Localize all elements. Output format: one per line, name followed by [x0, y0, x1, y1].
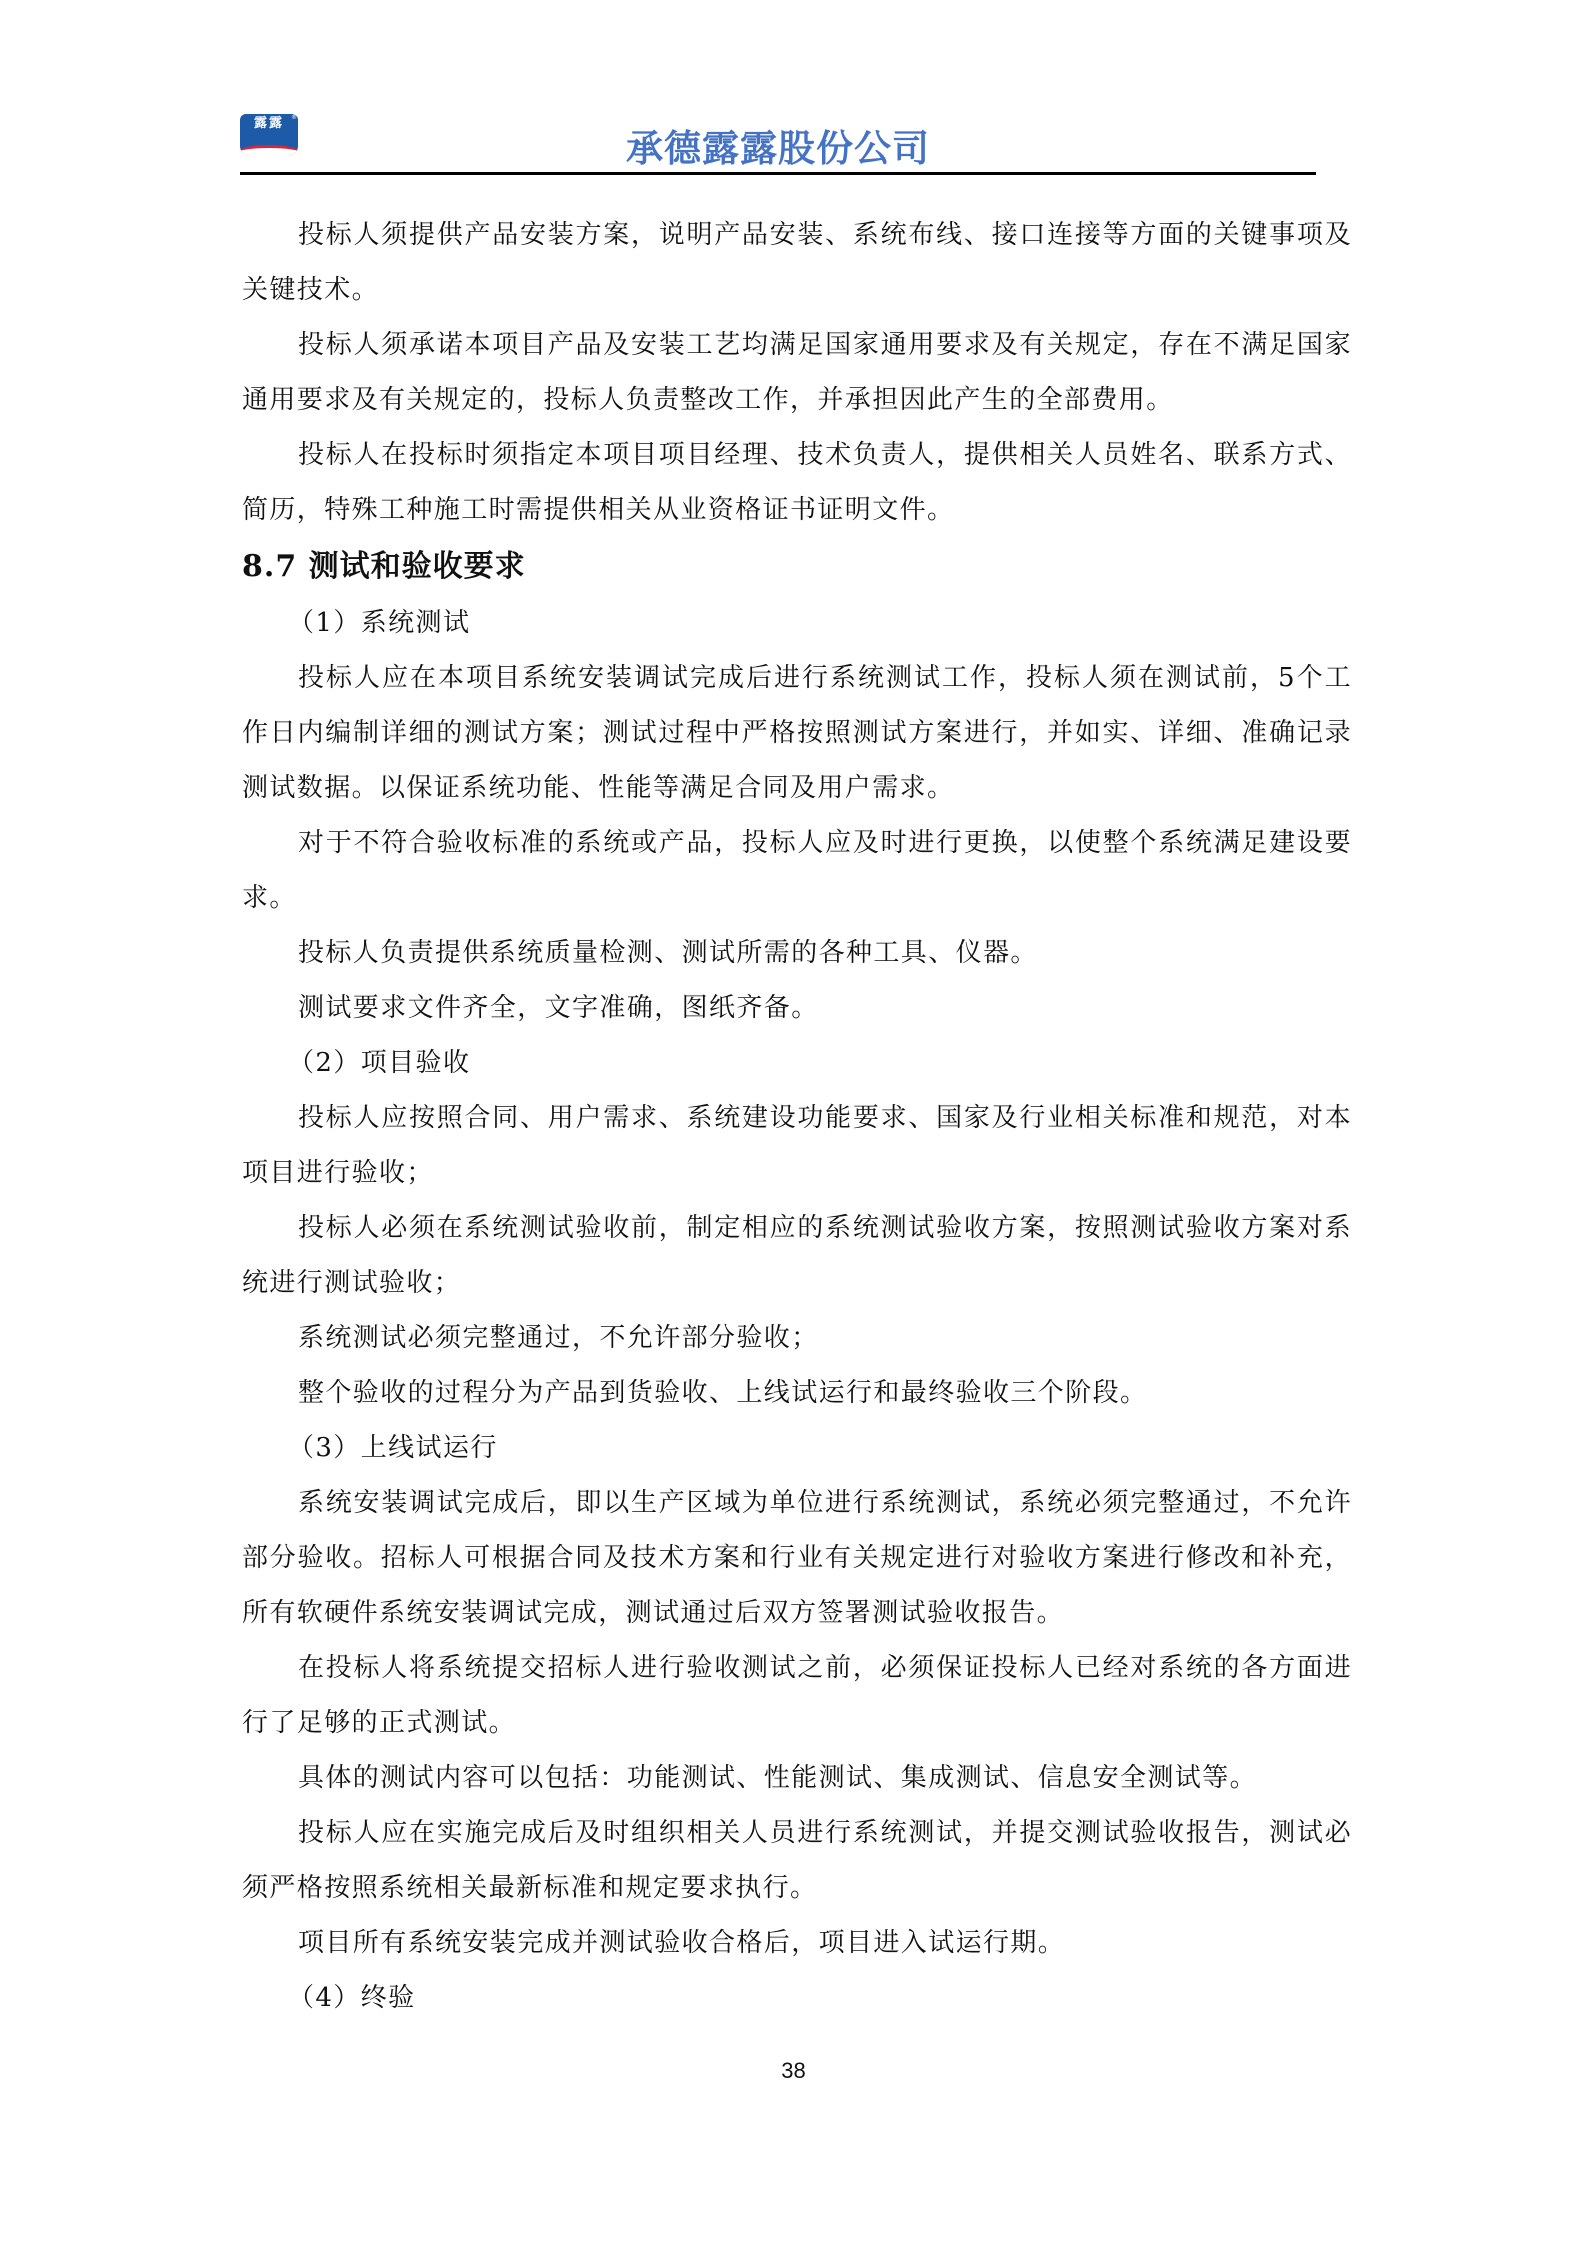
paragraph: 测试要求文件齐全，文字准确，图纸齐备。 — [242, 981, 1352, 1036]
page-header: 露露 ® 承德露露股份公司 — [240, 100, 1316, 180]
section-heading: 8.7 测试和验收要求 — [242, 538, 1352, 596]
paragraph: 整个验收的过程分为产品到货验收、上线试运行和最终验收三个阶段。 — [242, 1366, 1352, 1421]
paragraph: 项目所有系统安装完成并测试验收合格后，项目进入试运行期。 — [242, 1916, 1352, 1971]
paragraph: 投标人须承诺本项目产品及安装工艺均满足国家通用要求及有关规定，存在不满足国家通用… — [242, 318, 1352, 428]
page-number: 38 — [0, 2058, 1587, 2084]
header-divider — [240, 172, 1316, 175]
paragraph: 在投标人将系统提交招标人进行验收测试之前，必须保证投标人已经对系统的各方面进行了… — [242, 1641, 1352, 1751]
paragraph: 对于不符合验收标准的系统或产品，投标人应及时进行更换，以使整个系统满足建设要求。 — [242, 816, 1352, 926]
paragraph: 投标人须提供产品安装方案，说明产品安装、系统布线、接口连接等方面的关键事项及关键… — [242, 208, 1352, 318]
subsection-heading: （4）终验 — [242, 1971, 1352, 2026]
paragraph: 投标人在投标时须指定本项目项目经理、技术负责人，提供相关人员姓名、联系方式、简历… — [242, 428, 1352, 538]
paragraph: 系统安装调试完成后，即以生产区域为单位进行系统测试，系统必须完整通过，不允许部分… — [242, 1476, 1352, 1641]
paragraph: 具体的测试内容可以包括：功能测试、性能测试、集成测试、信息安全测试等。 — [242, 1751, 1352, 1806]
paragraph: 系统测试必须完整通过，不允许部分验收； — [242, 1311, 1352, 1366]
subsection-heading: （3）上线试运行 — [242, 1421, 1352, 1476]
paragraph: 投标人应在实施完成后及时组织相关人员进行系统测试，并提交测试验收报告，测试必须严… — [242, 1806, 1352, 1916]
paragraph: 投标人应在本项目系统安装调试完成后进行系统测试工作，投标人须在测试前，5个工作日… — [242, 651, 1352, 816]
document-body: 投标人须提供产品安装方案，说明产品安装、系统布线、接口连接等方面的关键事项及关键… — [242, 208, 1352, 2026]
company-title: 承德露露股份公司 — [240, 118, 1316, 172]
subsection-heading: （1）系统测试 — [242, 596, 1352, 651]
paragraph: 投标人必须在系统测试验收前，制定相应的系统测试验收方案，按照测试验收方案对系统进… — [242, 1201, 1352, 1311]
paragraph: 投标人应按照合同、用户需求、系统建设功能要求、国家及行业相关标准和规范，对本项目… — [242, 1091, 1352, 1201]
subsection-heading: （2）项目验收 — [242, 1036, 1352, 1091]
paragraph: 投标人负责提供系统质量检测、测试所需的各种工具、仪器。 — [242, 926, 1352, 981]
